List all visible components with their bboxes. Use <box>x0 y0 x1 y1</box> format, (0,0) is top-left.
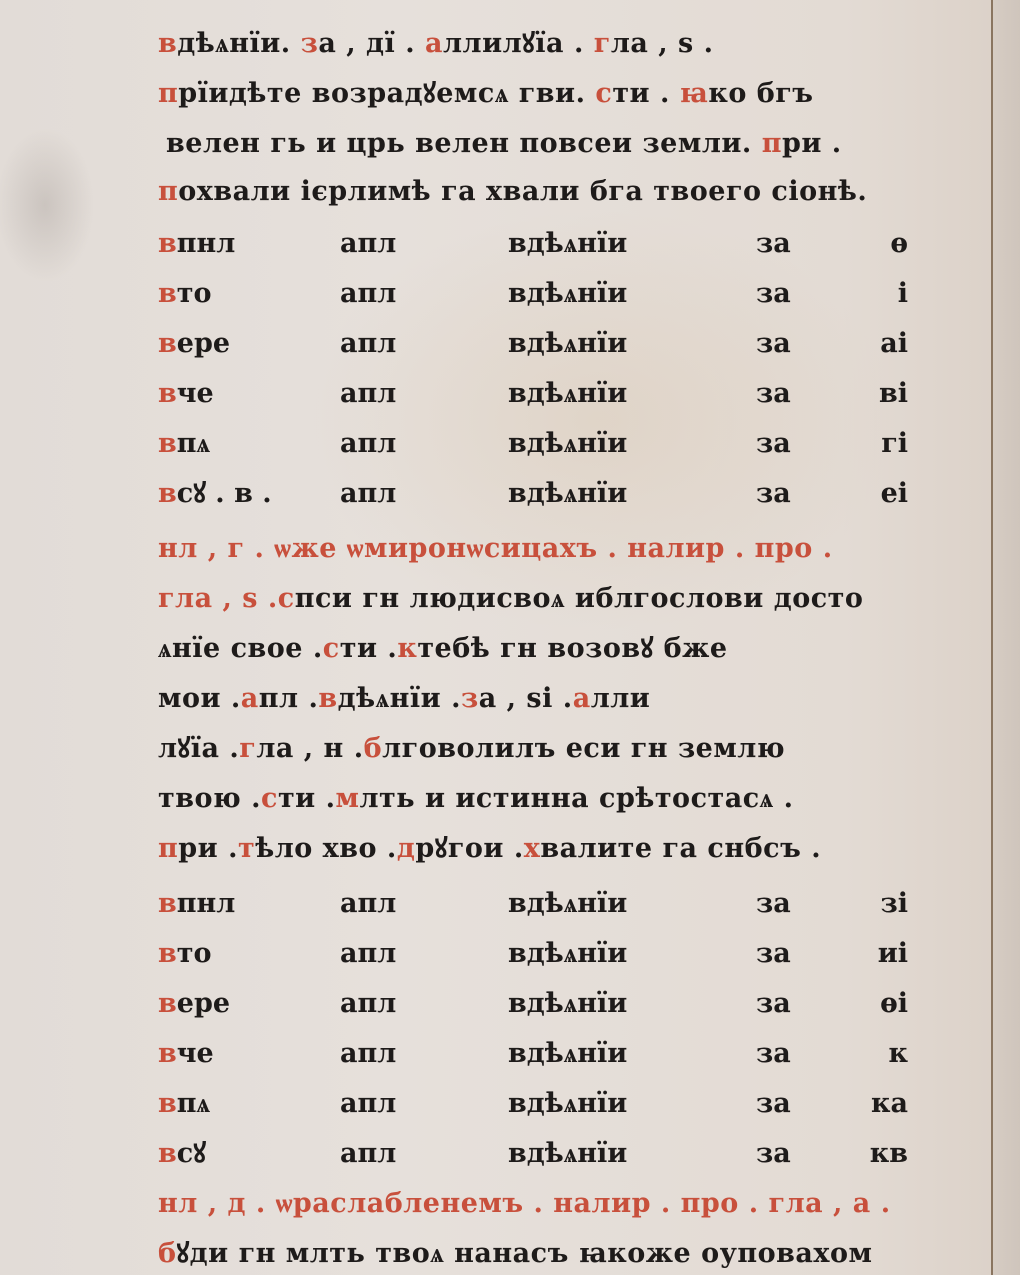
table-row: вереаплвдѣѧнїизааі <box>158 320 908 368</box>
text-run: ти . <box>612 78 679 109</box>
rubric-text: а <box>425 28 443 59</box>
number-cell: к <box>889 1030 909 1078</box>
rubric-initial: б <box>158 1230 177 1275</box>
rubric-text: з <box>301 28 319 59</box>
acts-cell: вдѣѧнїи <box>508 930 627 978</box>
table-row: вереаплвдѣѧнїизаѳі <box>158 980 908 1028</box>
text-run: а , ѕі . <box>479 675 573 723</box>
zachalo-cell: за <box>756 420 791 468</box>
number-cell: иі <box>878 930 908 978</box>
rubric-text: п <box>158 825 178 873</box>
weekday-cell: вто <box>158 270 212 318</box>
weekday-cell: впнл <box>158 220 235 268</box>
acts-cell: вдѣѧнїи <box>508 320 627 368</box>
weekday-cell: всꙋ . в . <box>158 470 272 518</box>
text-line-4: п охвали ієрлимѣ га хвали бга твоего сіо… <box>158 168 908 216</box>
acts-cell: вдѣѧнїи <box>508 980 627 1028</box>
rubric-text: х <box>524 825 541 873</box>
text-run: дѣѧнїи <box>177 20 281 68</box>
rubric-text: ꙗ <box>680 78 709 109</box>
zachalo-cell: за <box>756 320 791 368</box>
number-cell: аі <box>880 320 908 368</box>
text-continuation: . <box>857 168 867 216</box>
rubric-text: г <box>239 725 256 773</box>
number-cell: зі <box>881 880 909 928</box>
zachalo-cell: за <box>756 370 791 418</box>
text-run: рїидѣте возрадꙋемсѧ гви <box>178 70 575 118</box>
zachalo-cell: за <box>756 220 791 268</box>
text-run: велен гь и црь велен повсеи земли <box>166 120 742 168</box>
text-continuation: . за , дї . аллилꙋїа . гла , ѕ . <box>281 20 714 68</box>
rubric-text: а <box>573 675 591 723</box>
adjacent-page-margin <box>993 0 1020 1275</box>
text-run: а , дї . <box>318 28 425 59</box>
text-line: мои . апл . вдѣѧнїи . за , ѕі . алли <box>158 675 908 723</box>
acts-cell: вдѣѧнїи <box>508 1130 627 1178</box>
number-cell: ка <box>871 1080 908 1128</box>
heading-text: нл , г . ѡже ѡмиронѡсицахъ . налир . про… <box>158 525 833 573</box>
acts-cell: вдѣѧнїи <box>508 270 627 318</box>
weekday-cell: впѧ <box>158 420 210 468</box>
text-run: лꙋїа . <box>158 725 239 773</box>
text-run: пси гн людисвоѧ иблгослови досто <box>295 575 864 623</box>
text-line: гла , ѕ . спси гн людисвоѧ иблгослови до… <box>158 575 908 623</box>
table-row: впнлаплвдѣѧнїизазі <box>158 880 908 928</box>
number-cell: гі <box>881 420 908 468</box>
text-run: валите га снбсъ . <box>540 825 821 873</box>
text-line: при . тѣло хво . дрꙋгои . хвалите га снб… <box>158 825 908 873</box>
rubric-text: п <box>762 128 782 159</box>
number-cell: кв <box>870 1130 908 1178</box>
weekday-cell: вере <box>158 980 230 1028</box>
zachalo-cell: за <box>756 980 791 1028</box>
table-row: всꙋаплвдѣѧнїизакв <box>158 1130 908 1178</box>
rubric-text: с <box>278 575 295 623</box>
text-line-last: б ꙋди гн млть твоѧ нанасъ ꙗкоже оуповахо… <box>158 1230 908 1275</box>
text-continuation: . при . <box>742 120 842 168</box>
number-cell: ві <box>879 370 908 418</box>
zachalo-cell: за <box>756 470 791 518</box>
text-run: . <box>857 176 867 207</box>
table-row: втоаплвдѣѧнїизаиі <box>158 930 908 978</box>
apostle-cell: апл <box>340 370 396 418</box>
rubric-text: г <box>594 28 611 59</box>
text-line-2: п рїидѣте возрадꙋемсѧ гви . сти . ꙗко бг… <box>158 70 908 118</box>
text-line: ѧнїе свое . сти . ктебѣ гн возовꙋ бже <box>158 625 908 673</box>
text-line-3: велен гь и црь велен повсеи земли . при … <box>166 120 916 168</box>
text-run: мои . <box>158 675 241 723</box>
text-line: твою . сти . млть и истинна срѣтостасѧ . <box>158 775 908 823</box>
text-run: ри . <box>178 825 238 873</box>
text-line: лꙋїа . гла , н . блговолилъ еси гн землю <box>158 725 908 773</box>
text-run: ти . <box>278 775 336 823</box>
text-run: ѧнїе свое . <box>158 625 323 673</box>
acts-cell: вдѣѧнїи <box>508 1030 627 1078</box>
text-run: ѣло хво . <box>255 825 397 873</box>
rubric-text: м <box>336 775 360 823</box>
table-row: вчеаплвдѣѧнїизаві <box>158 370 908 418</box>
number-cell: ѳі <box>880 980 908 1028</box>
acts-cell: вдѣѧнїи <box>508 370 627 418</box>
weekday-cell: вто <box>158 930 212 978</box>
text-run: . <box>281 28 301 59</box>
rubric-text: с <box>323 625 340 673</box>
apostle-cell: апл <box>340 470 396 518</box>
rubric-text: з <box>461 675 479 723</box>
apostle-cell: апл <box>340 930 396 978</box>
text-run: ри . <box>782 128 842 159</box>
zachalo-cell: за <box>756 1080 791 1128</box>
weekday-cell: вче <box>158 370 214 418</box>
text-continuation: . сти . ꙗко бгъ <box>576 70 814 118</box>
table-row: впнлаплвдѣѧнїизаѳ <box>158 220 908 268</box>
number-cell: ѳ <box>890 220 908 268</box>
apostle-cell: апл <box>340 1130 396 1178</box>
table-row: втоаплвдѣѧнїизаі <box>158 270 908 318</box>
rubric-text: д <box>397 825 416 873</box>
zachalo-cell: за <box>756 1030 791 1078</box>
table-row: всꙋ . в .аплвдѣѧнїизаеі <box>158 470 908 518</box>
text-line-1: в дѣѧнїи . за , дї . аллилꙋїа . гла , ѕ … <box>158 20 908 68</box>
acts-cell: вдѣѧнїи <box>508 470 627 518</box>
text-run: ко бгъ <box>708 78 813 109</box>
text-run: ла , ѕ . <box>611 28 714 59</box>
text-run: лли <box>591 675 651 723</box>
table-row: впѧаплвдѣѧнїизагі <box>158 420 908 468</box>
weekday-cell: всꙋ <box>158 1130 206 1178</box>
text-run: рꙋгои . <box>415 825 523 873</box>
heading-text: нл , д . ѡраслабленемъ . налир . про . г… <box>158 1180 891 1228</box>
rubric-initial: п <box>158 70 178 118</box>
apostle-cell: апл <box>340 880 396 928</box>
rubric-text: в <box>318 675 337 723</box>
apostle-cell: апл <box>340 270 396 318</box>
rubric-text: т <box>238 825 255 873</box>
apostle-cell: апл <box>340 980 396 1028</box>
rubric-text: с <box>261 775 278 823</box>
apostle-cell: апл <box>340 1030 396 1078</box>
rubric-text: гла , ѕ . <box>158 575 278 623</box>
zachalo-cell: за <box>756 930 791 978</box>
apostle-cell: апл <box>340 220 396 268</box>
rubric-text: с <box>595 78 612 109</box>
weekday-cell: впѧ <box>158 1080 210 1128</box>
text-run: ллилꙋїа . <box>443 28 594 59</box>
acts-cell: вдѣѧнїи <box>508 1080 627 1128</box>
text-run: охвали ієрлимѣ га хвали бга твоего сіонѣ <box>178 168 857 216</box>
text-run: тебѣ гн возовꙋ бже <box>417 625 727 673</box>
rubric-initial: в <box>158 20 177 68</box>
number-cell: і <box>898 270 908 318</box>
zachalo-cell: за <box>756 1130 791 1178</box>
apostle-cell: апл <box>340 420 396 468</box>
acts-cell: вдѣѧнїи <box>508 880 627 928</box>
acts-cell: вдѣѧнїи <box>508 420 627 468</box>
text-run: лть и истинна срѣтостасѧ . <box>359 775 793 823</box>
text-run: дѣѧнїи . <box>338 675 461 723</box>
rubric-text: а <box>241 675 259 723</box>
rubric-text: к <box>397 625 417 673</box>
rubric-heading-1: нл , г . ѡже ѡмиронѡсицахъ . налир . про… <box>158 525 908 573</box>
weekday-cell: впнл <box>158 880 235 928</box>
text-run: . <box>742 128 762 159</box>
zachalo-cell: за <box>756 880 791 928</box>
apostle-cell: апл <box>340 320 396 368</box>
text-run: ꙋди гн млть твоѧ нанасъ ꙗкоже оуповахом <box>177 1230 873 1275</box>
text-run: лговолилъ еси гн землю <box>382 725 785 773</box>
text-run: твою . <box>158 775 261 823</box>
weekday-cell: вере <box>158 320 230 368</box>
table-row: впѧаплвдѣѧнїизака <box>158 1080 908 1128</box>
acts-cell: вдѣѧнїи <box>508 220 627 268</box>
rubric-text: б <box>364 725 383 773</box>
rubric-heading-2: нл , д . ѡраслабленемъ . налир . про . г… <box>158 1180 908 1228</box>
table-row: вчеаплвдѣѧнїизак <box>158 1030 908 1078</box>
zachalo-cell: за <box>756 270 791 318</box>
number-cell: еі <box>881 470 908 518</box>
weekday-cell: вче <box>158 1030 214 1078</box>
text-run: ла , н . <box>256 725 363 773</box>
text-run: ти . <box>340 625 398 673</box>
apostle-cell: апл <box>340 1080 396 1128</box>
text-run: . <box>576 78 596 109</box>
rubric-initial: п <box>158 168 178 216</box>
text-run: пл . <box>259 675 319 723</box>
